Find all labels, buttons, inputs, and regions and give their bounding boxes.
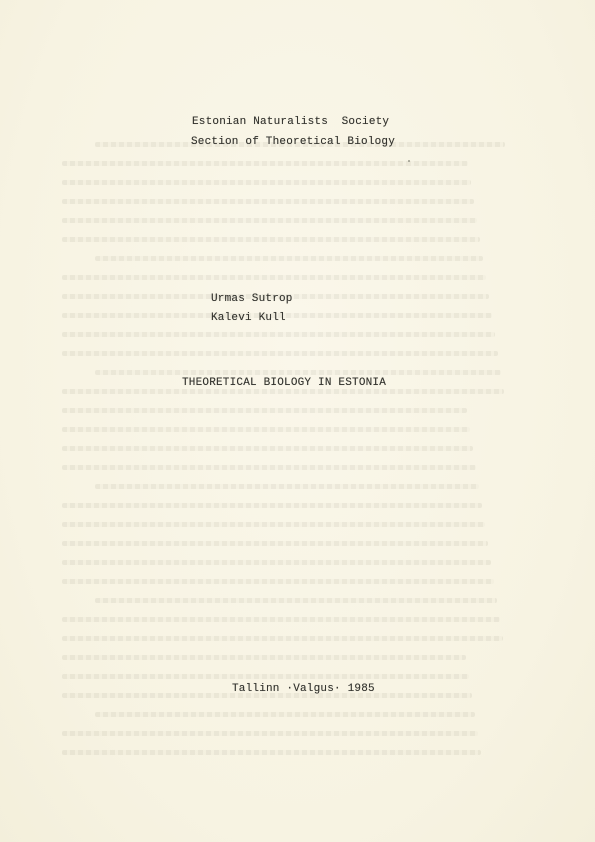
author-name: Kalevi Kull: [211, 312, 286, 324]
show-through-line: [62, 389, 504, 394]
show-through-line: [62, 218, 477, 223]
paper-speck: [408, 160, 410, 162]
show-through-line: [62, 750, 481, 755]
show-through-line: [62, 522, 485, 527]
show-through-line: [62, 408, 467, 413]
show-through-line: [62, 655, 466, 660]
show-through-line: [62, 465, 476, 470]
show-through-line: [62, 541, 488, 546]
show-through-line: [62, 427, 470, 432]
organization-name: Estonian Naturalists Society: [192, 116, 389, 128]
organization-section: Section of Theoretical Biology: [191, 136, 395, 148]
show-through-line: [95, 484, 479, 489]
show-through-line: [62, 579, 494, 584]
document-page: Estonian Naturalists Society Section of …: [0, 0, 595, 842]
show-through-line: [95, 370, 501, 375]
show-through-line: [62, 275, 486, 280]
show-through-line: [62, 332, 495, 337]
author-name: Urmas Sutrop: [211, 293, 293, 305]
show-through-line: [62, 503, 482, 508]
show-through-line: [62, 731, 478, 736]
document-title: THEORETICAL BIOLOGY IN ESTONIA: [182, 377, 386, 389]
show-through-line: [62, 617, 500, 622]
show-through-line: [95, 598, 497, 603]
show-through-line: [62, 446, 473, 451]
show-through-line: [95, 712, 475, 717]
show-through-line: [62, 351, 498, 356]
show-through-line: [95, 256, 483, 261]
show-through-line: [62, 636, 503, 641]
show-through-line: [62, 180, 471, 185]
show-through-line: [62, 674, 469, 679]
show-through-line: [62, 161, 468, 166]
show-through-line: [62, 237, 480, 242]
show-through-line: [62, 560, 491, 565]
show-through-line: [62, 199, 474, 204]
publication-imprint: Tallinn ·Valgus· 1985: [232, 683, 375, 695]
